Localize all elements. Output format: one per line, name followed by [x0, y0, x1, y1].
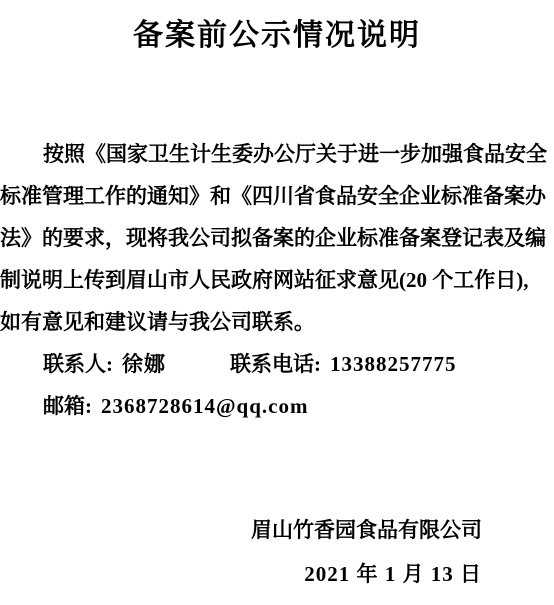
contact-person-label: 联系人: — [43, 352, 113, 376]
paragraph-line-4: 制说明上传到眉山市人民政府网站征求意见(20 个工作日), — [0, 259, 554, 301]
paragraph-line-1: 按照《国家卫生计生委办公厅关于进一步加强食品安全 — [0, 133, 554, 175]
contact-phone-number: 13388257775 — [330, 352, 457, 376]
company-name: 眉山竹香园食品有限公司 — [0, 508, 482, 552]
body-paragraph: 按照《国家卫生计生委办公厅关于进一步加强食品安全 标准管理工作的通知》和《四川省… — [0, 133, 554, 427]
email-line: 邮箱:2368728614@qq.com — [0, 385, 554, 427]
paragraph-line-5: 如有意见和建议请与我公司联系。 — [0, 301, 554, 343]
paragraph-line-3: 法》的要求，现将我公司拟备案的企业标准备案登记表及编 — [0, 217, 554, 259]
document-title: 备案前公示情况说明 — [0, 0, 554, 54]
signature-date: 2021 年 1 月 13 日 — [0, 552, 482, 596]
signature-block: 眉山竹香园食品有限公司 2021 年 1 月 13 日 — [0, 508, 554, 596]
email-address: 2368728614@qq.com — [101, 394, 308, 418]
email-label: 邮箱: — [43, 394, 92, 418]
paragraph-line-2: 标准管理工作的通知》和《四川省食品安全企业标准备案办 — [0, 175, 554, 217]
contact-person-name: 徐娜 — [122, 352, 166, 376]
document-page: 备案前公示情况说明 按照《国家卫生计生委办公厅关于进一步加强食品安全 标准管理工… — [0, 0, 554, 605]
contact-phone-label: 联系电话: — [230, 352, 321, 376]
contact-line: 联系人:徐娜联系电话:13388257775 — [0, 343, 554, 385]
